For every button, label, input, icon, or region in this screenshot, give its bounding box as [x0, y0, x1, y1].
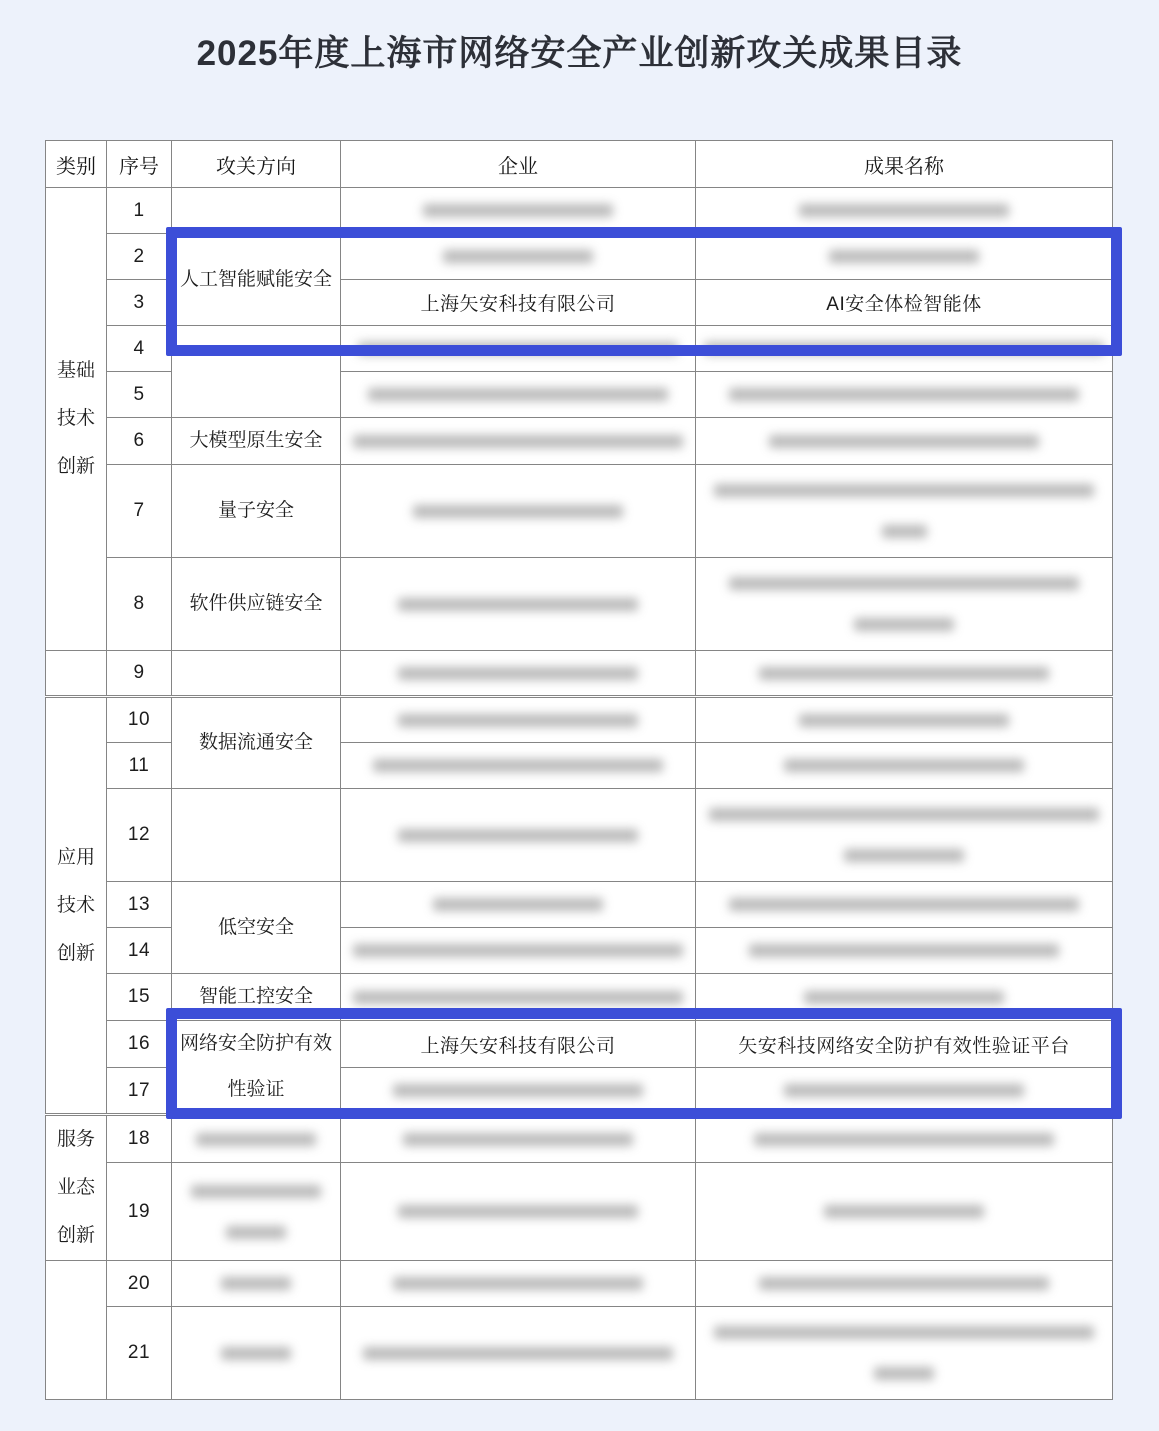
- table-row-10: 应用 技术 创新10数据流通安全: [46, 697, 1113, 743]
- direction-cell: 网络安全防护有效性验证: [172, 1021, 341, 1115]
- company-cell: [341, 651, 696, 697]
- redacted-text-bar: [413, 505, 623, 518]
- company-cell-redacted: [341, 1084, 695, 1097]
- company-cell: [341, 418, 696, 465]
- company-cell-redacted: [341, 1277, 695, 1290]
- row-number: 8: [107, 558, 172, 651]
- company-cell-redacted: [341, 204, 695, 217]
- company-cell: [341, 465, 696, 558]
- redacted-text-bar: [804, 991, 1004, 1004]
- redacted-text-bar: [398, 1205, 638, 1218]
- row-number: 15: [107, 974, 172, 1021]
- company-cell-text: 上海矢安科技有限公司: [420, 294, 615, 315]
- direction-cell-redacted: [172, 1277, 340, 1290]
- redacted-text-bar: [824, 1205, 984, 1218]
- redacted-text-bar: [393, 1277, 643, 1290]
- direction-cell: [172, 326, 341, 418]
- row-number: 13: [107, 882, 172, 928]
- direction-cell: [172, 1261, 341, 1307]
- table-row-4: 4: [46, 326, 1113, 372]
- company-cell-redacted: [341, 505, 695, 518]
- table-row-1: 基础 技术 创新1: [46, 188, 1113, 234]
- redacted-text-bar: [353, 944, 683, 957]
- redacted-text-bar: [704, 342, 1104, 355]
- redacted-text-bar: [221, 1277, 291, 1290]
- result-cell: [696, 558, 1113, 651]
- company-cell-redacted: [341, 250, 695, 263]
- result-cell-redacted: [696, 342, 1112, 355]
- row-number: 3: [107, 280, 172, 326]
- column-header-1: 类别: [46, 141, 107, 188]
- table-row-20: 20: [46, 1261, 1113, 1307]
- redacted-text-bar: [196, 1133, 316, 1146]
- header-row: 类别序号攻关方向企业成果名称: [46, 141, 1113, 188]
- redacted-text-bar: [769, 435, 1039, 448]
- company-cell-redacted: [341, 598, 695, 611]
- table-row-2: 2人工智能赋能安全: [46, 234, 1113, 280]
- redacted-text-bar: [799, 714, 1009, 727]
- redacted-text-bar: [729, 577, 1079, 590]
- company-cell: 上海矢安科技有限公司: [341, 280, 696, 326]
- table-row-6: 6大模型原生安全: [46, 418, 1113, 465]
- redacted-text-bar: [221, 1347, 291, 1360]
- row-number: 1: [107, 188, 172, 234]
- row-number: 18: [107, 1115, 172, 1163]
- redacted-text-bar: [874, 1367, 934, 1380]
- company-cell-redacted: [341, 759, 695, 772]
- row-number: 7: [107, 465, 172, 558]
- redacted-text-bar: [754, 1133, 1054, 1146]
- company-cell-redacted: [341, 1205, 695, 1218]
- direction-cell-redacted: [172, 1185, 340, 1239]
- redacted-text-bar: [854, 618, 954, 631]
- result-cell-redacted: [696, 1326, 1112, 1380]
- redacted-text-bar: [882, 525, 927, 538]
- result-cell-redacted: [696, 484, 1112, 538]
- direction-cell: [172, 789, 341, 882]
- company-cell: [341, 558, 696, 651]
- result-cell-redacted: [696, 1084, 1112, 1097]
- result-cell: 矢安科技网络安全防护有效性验证平台: [696, 1021, 1113, 1068]
- company-cell: [341, 1115, 696, 1163]
- redacted-text-bar: [433, 898, 603, 911]
- result-cell: [696, 697, 1113, 743]
- company-cell: [341, 1261, 696, 1307]
- row-number: 19: [107, 1163, 172, 1261]
- results-table: 类别序号攻关方向企业成果名称 基础 技术 创新12人工智能赋能安全3上海矢安科技…: [45, 140, 1113, 1400]
- direction-cell: 智能工控安全: [172, 974, 341, 1021]
- redacted-text-bar: [373, 759, 663, 772]
- row-number: 17: [107, 1068, 172, 1115]
- company-cell: [341, 234, 696, 280]
- row-number: 9: [107, 651, 172, 697]
- result-cell-redacted: [696, 944, 1112, 957]
- table-row-18: 服务 业态 创新18: [46, 1115, 1113, 1163]
- redacted-text-bar: [714, 1326, 1094, 1339]
- result-cell-redacted: [696, 991, 1112, 1004]
- table-row-15: 15智能工控安全: [46, 974, 1113, 1021]
- company-cell: [341, 697, 696, 743]
- result-cell: AI安全体检智能体: [696, 280, 1113, 326]
- page-title: 2025年度上海市网络安全产业创新攻关成果目录: [0, 26, 1159, 76]
- result-cell: [696, 1115, 1113, 1163]
- column-header-2: 序号: [107, 141, 172, 188]
- company-cell-redacted: [341, 342, 695, 355]
- column-header-3: 攻关方向: [172, 141, 341, 188]
- result-cell: [696, 326, 1113, 372]
- redacted-text-bar: [368, 388, 668, 401]
- company-cell: [341, 372, 696, 418]
- category-cell: 服务 业态 创新: [46, 1115, 107, 1261]
- redacted-text-bar: [784, 759, 1024, 772]
- redacted-text-bar: [443, 250, 593, 263]
- row-number: 20: [107, 1261, 172, 1307]
- redacted-text-bar: [353, 435, 683, 448]
- result-cell-redacted: [696, 435, 1112, 448]
- company-cell: [341, 1068, 696, 1115]
- result-cell-redacted: [696, 808, 1112, 862]
- direction-cell: [172, 188, 341, 234]
- company-cell: [341, 882, 696, 928]
- result-cell-redacted: [696, 1133, 1112, 1146]
- redacted-text-bar: [709, 808, 1099, 821]
- result-cell: [696, 188, 1113, 234]
- direction-cell-redacted: [172, 1347, 340, 1360]
- redacted-text-bar: [226, 1226, 286, 1239]
- row-number: 16: [107, 1021, 172, 1068]
- redacted-text-bar: [398, 714, 638, 727]
- company-cell-redacted: [341, 1133, 695, 1146]
- result-cell: [696, 465, 1113, 558]
- direction-cell: 低空安全: [172, 882, 341, 974]
- company-cell: [341, 188, 696, 234]
- redacted-text-bar: [749, 944, 1059, 957]
- company-cell: 上海矢安科技有限公司: [341, 1021, 696, 1068]
- table-row-12: 12: [46, 789, 1113, 882]
- row-number: 4: [107, 326, 172, 372]
- page-background: 2025年度上海市网络安全产业创新攻关成果目录 类别序号攻关方向企业成果名称 基…: [0, 0, 1159, 1431]
- redacted-text-bar: [398, 829, 638, 842]
- table-row-19: 19: [46, 1163, 1113, 1261]
- result-cell-redacted: [696, 1205, 1112, 1218]
- redacted-text-bar: [729, 898, 1079, 911]
- column-header-5: 成果名称: [696, 141, 1113, 188]
- direction-cell-redacted: [172, 1133, 340, 1146]
- result-cell: [696, 1163, 1113, 1261]
- category-cell: 基础 技术 创新: [46, 188, 107, 651]
- row-number: 14: [107, 928, 172, 974]
- result-cell: [696, 789, 1113, 882]
- result-cell-redacted: [696, 667, 1112, 680]
- result-cell-redacted: [696, 250, 1112, 263]
- company-cell: [341, 928, 696, 974]
- direction-cell: 人工智能赋能安全: [172, 234, 341, 326]
- table-row-21: 21: [46, 1307, 1113, 1400]
- redacted-text-bar: [799, 204, 1009, 217]
- company-cell: [341, 326, 696, 372]
- redacted-text-bar: [784, 1084, 1024, 1097]
- table-row-8: 8软件供应链安全: [46, 558, 1113, 651]
- redacted-text-bar: [759, 667, 1049, 680]
- company-cell-redacted: [341, 1347, 695, 1360]
- company-cell: [341, 1307, 696, 1400]
- category-cell: 应用 技术 创新: [46, 697, 107, 1115]
- company-cell-redacted: [341, 829, 695, 842]
- company-cell: [341, 974, 696, 1021]
- result-cell: [696, 1068, 1113, 1115]
- result-cell-redacted: [696, 1277, 1112, 1290]
- result-cell: [696, 743, 1113, 789]
- result-cell: [696, 651, 1113, 697]
- result-cell-redacted: [696, 759, 1112, 772]
- company-cell: [341, 1163, 696, 1261]
- redacted-text-bar: [393, 1084, 643, 1097]
- company-cell-redacted: [341, 944, 695, 957]
- redacted-text-bar: [829, 250, 979, 263]
- direction-cell: 软件供应链安全: [172, 558, 341, 651]
- result-cell-redacted: [696, 898, 1112, 911]
- direction-cell: [172, 1115, 341, 1163]
- result-cell-redacted: [696, 204, 1112, 217]
- table-row-16: 16网络安全防护有效性验证上海矢安科技有限公司矢安科技网络安全防护有效性验证平台: [46, 1021, 1113, 1068]
- direction-cell: 大模型原生安全: [172, 418, 341, 465]
- redacted-text-bar: [759, 1277, 1049, 1290]
- direction-cell: [172, 1163, 341, 1261]
- result-cell: [696, 1261, 1113, 1307]
- result-cell: [696, 928, 1113, 974]
- table-row-13: 13低空安全: [46, 882, 1113, 928]
- result-cell-text: 矢安科技网络安全防护有效性验证平台: [738, 1036, 1070, 1057]
- column-header-4: 企业: [341, 141, 696, 188]
- redacted-text-bar: [191, 1185, 321, 1198]
- direction-cell: 量子安全: [172, 465, 341, 558]
- result-cell: [696, 418, 1113, 465]
- row-number: 5: [107, 372, 172, 418]
- redacted-text-bar: [729, 388, 1079, 401]
- company-cell-redacted: [341, 388, 695, 401]
- result-cell-redacted: [696, 388, 1112, 401]
- company-cell-redacted: [341, 667, 695, 680]
- category-cell: [46, 651, 107, 697]
- result-cell: [696, 234, 1113, 280]
- result-cell: [696, 1307, 1113, 1400]
- redacted-text-bar: [844, 849, 964, 862]
- company-cell-redacted: [341, 991, 695, 1004]
- result-cell-text: AI安全体检智能体: [826, 294, 981, 315]
- redacted-text-bar: [353, 991, 683, 1004]
- company-cell: [341, 743, 696, 789]
- result-cell: [696, 372, 1113, 418]
- company-cell-redacted: [341, 898, 695, 911]
- results-table-wrap: 类别序号攻关方向企业成果名称 基础 技术 创新12人工智能赋能安全3上海矢安科技…: [45, 140, 1113, 1400]
- category-cell: [46, 1261, 107, 1400]
- row-number: 6: [107, 418, 172, 465]
- redacted-text-bar: [423, 204, 613, 217]
- redacted-text-bar: [403, 1133, 633, 1146]
- row-number: 2: [107, 234, 172, 280]
- redacted-text-bar: [398, 598, 638, 611]
- redacted-text-bar: [358, 342, 678, 355]
- company-cell-redacted: [341, 435, 695, 448]
- result-cell: [696, 974, 1113, 1021]
- row-number: 12: [107, 789, 172, 882]
- row-number: 10: [107, 697, 172, 743]
- direction-cell: [172, 1307, 341, 1400]
- company-cell-redacted: [341, 714, 695, 727]
- table-row-7: 7量子安全: [46, 465, 1113, 558]
- table-row-9: 9: [46, 651, 1113, 697]
- direction-cell: [172, 651, 341, 697]
- direction-cell: 数据流通安全: [172, 697, 341, 789]
- redacted-text-bar: [363, 1347, 673, 1360]
- company-cell: [341, 789, 696, 882]
- company-cell-text: 上海矢安科技有限公司: [420, 1036, 615, 1057]
- row-number: 21: [107, 1307, 172, 1400]
- redacted-text-bar: [398, 667, 638, 680]
- redacted-text-bar: [714, 484, 1094, 497]
- row-number: 11: [107, 743, 172, 789]
- result-cell-redacted: [696, 714, 1112, 727]
- result-cell-redacted: [696, 577, 1112, 631]
- result-cell: [696, 882, 1113, 928]
